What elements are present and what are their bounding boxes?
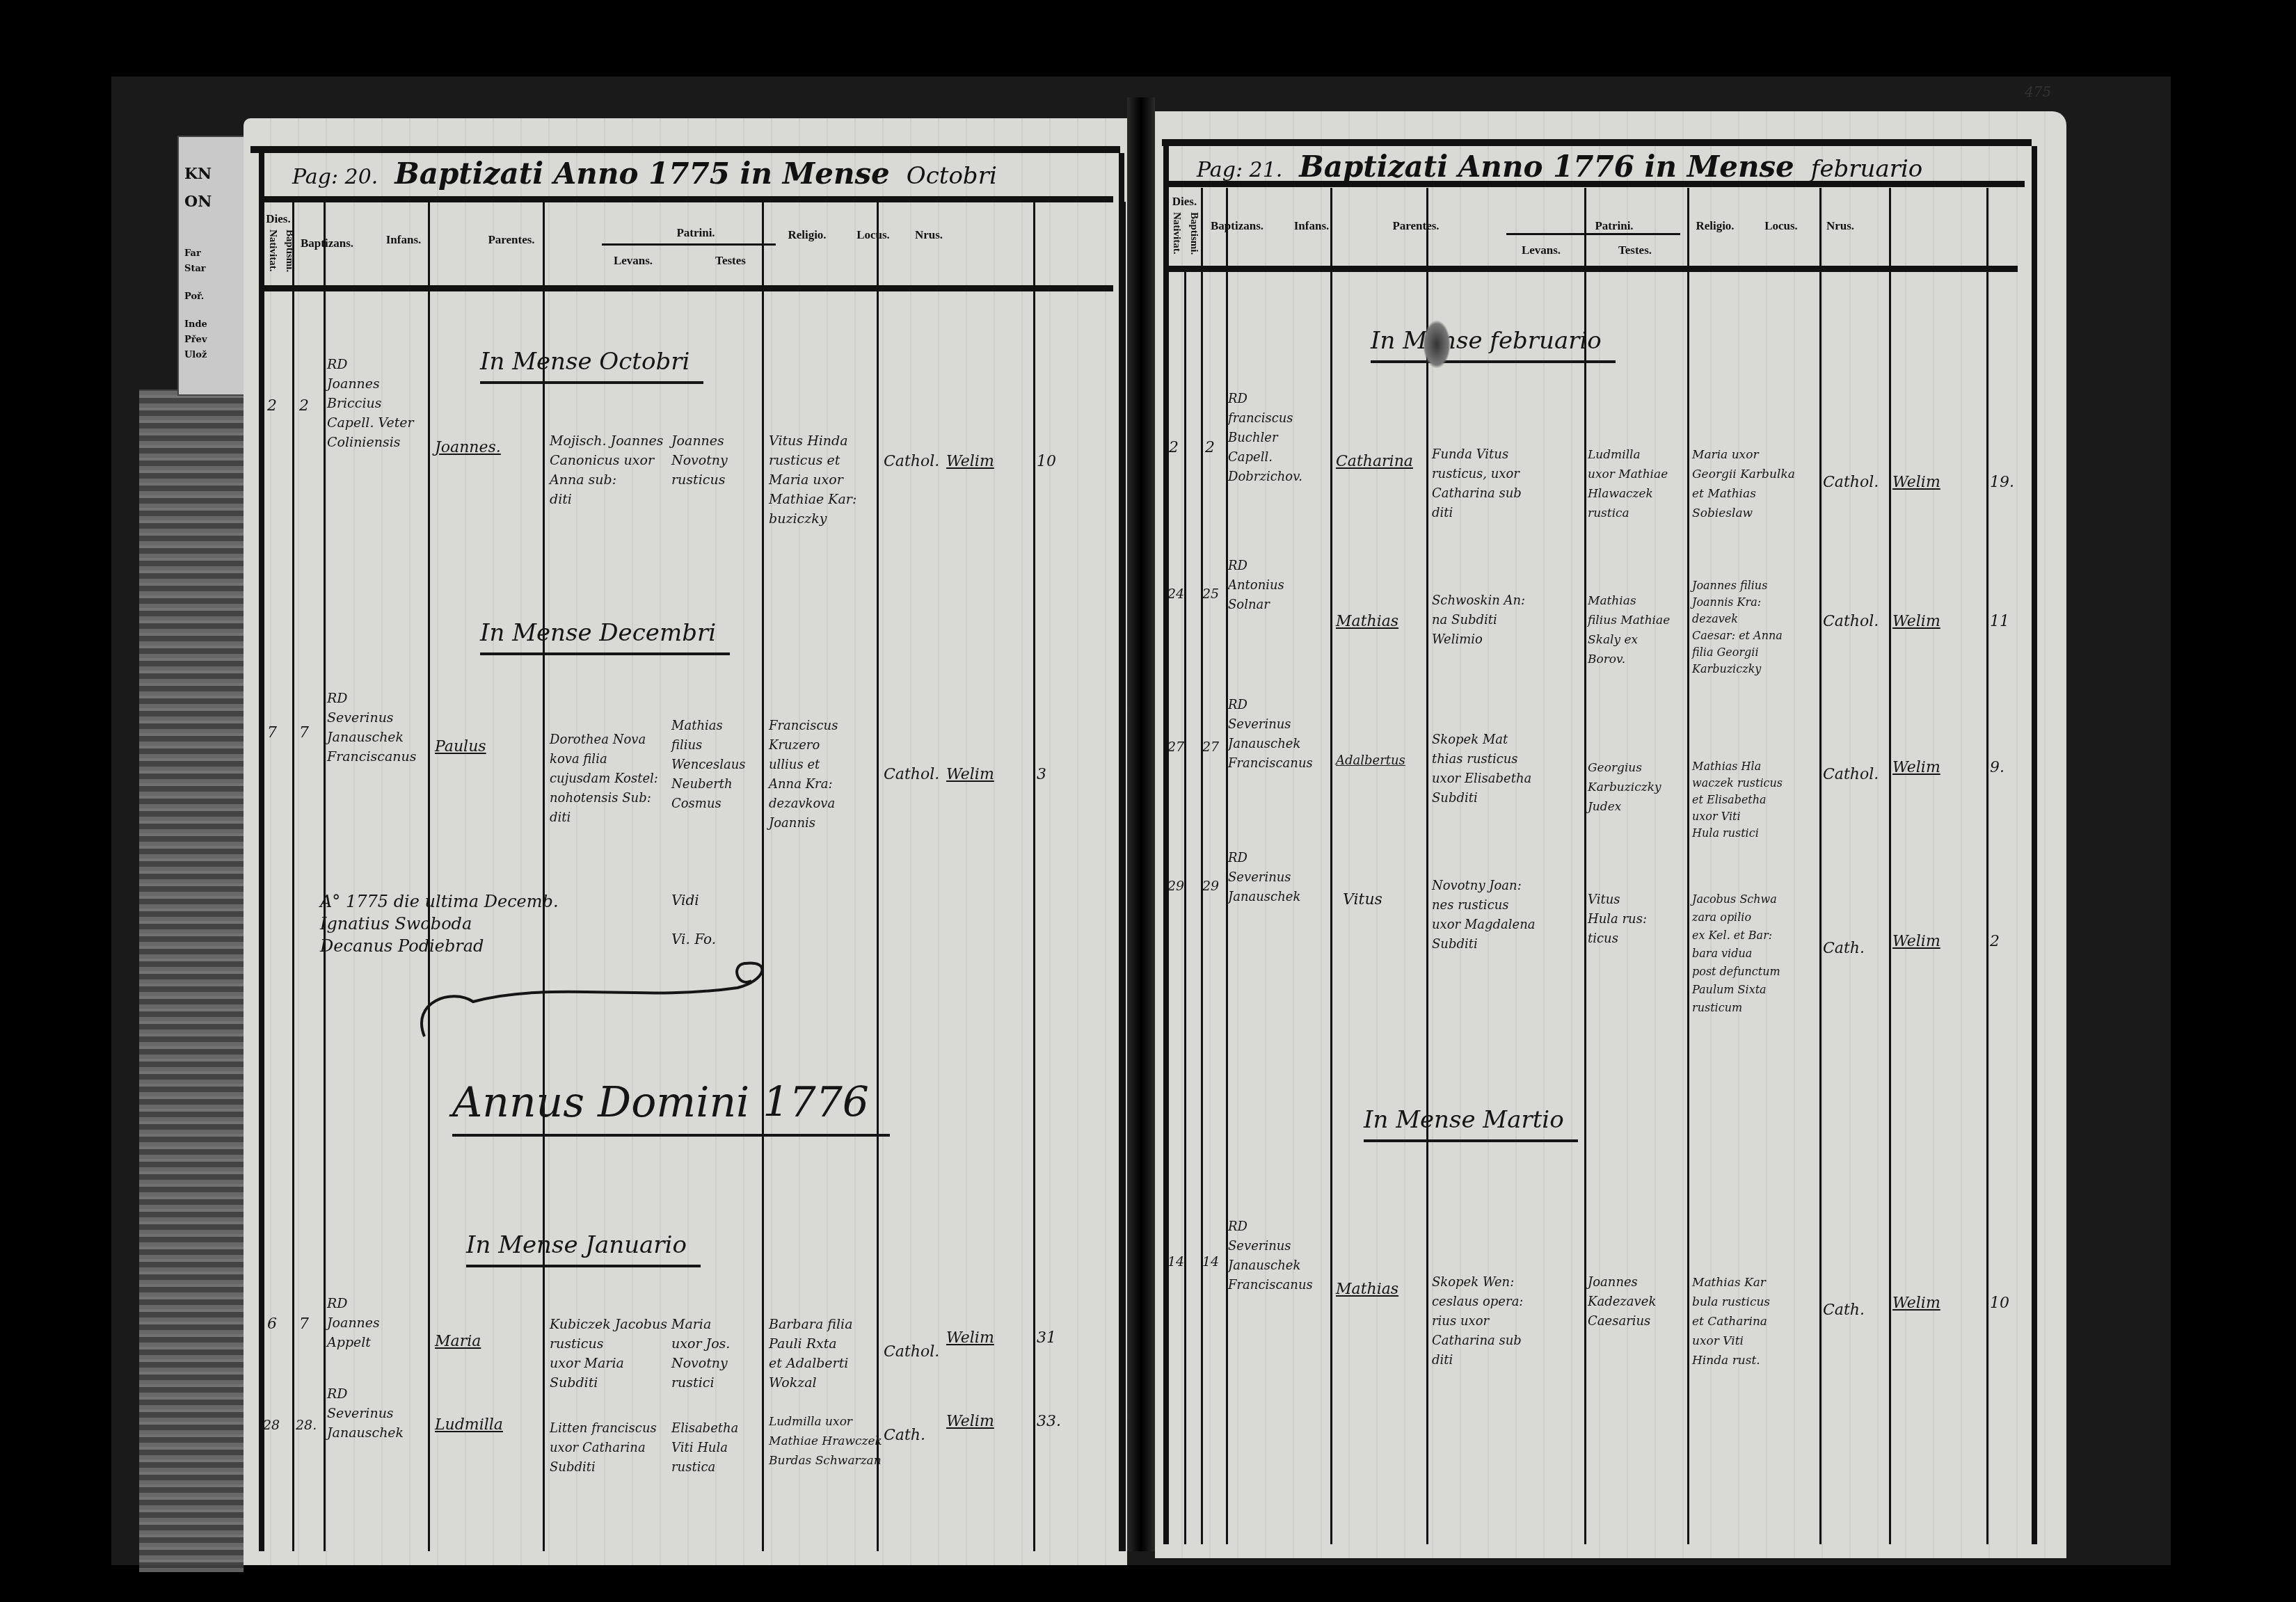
- register-title: Baptizati Anno 1775 in Mense: [394, 157, 890, 191]
- entry-nrus: 3: [1037, 765, 1046, 785]
- entry-infans: Mathias: [1336, 1280, 1398, 1299]
- section-heading-october: In Mense Octobri: [480, 348, 703, 384]
- entry-religio: Cathol.: [884, 765, 939, 785]
- header-dies: Dies.: [1169, 195, 1200, 209]
- archive-label-line: Přev: [184, 335, 207, 345]
- entry-levans: Joannes Kadezavek Caesarius: [1588, 1273, 1656, 1331]
- ink-stain: [1423, 320, 1451, 369]
- register-title: Baptizati Anno 1776 in Mense: [1299, 150, 1794, 184]
- column-rule: [1986, 188, 1988, 1544]
- entry-infans: Catharina: [1336, 452, 1413, 472]
- header-baptizans: Baptizans.: [292, 237, 362, 250]
- header-locus: Locus.: [842, 228, 904, 242]
- entry-baptismi: 14: [1202, 1252, 1219, 1272]
- month-handwritten: Octobri: [907, 162, 997, 190]
- folio-number: 475: [2025, 83, 2051, 100]
- rule: [1169, 181, 2025, 187]
- entry-locus: Welim: [946, 452, 994, 472]
- entry-testes: Ludmilla uxor Mathiae Hrawczek Burdas Sc…: [769, 1412, 882, 1471]
- archive-label-line: KN: [184, 165, 212, 183]
- entry-parentes: Funda Vitus rusticus, uxor Catharina sub…: [1432, 445, 1522, 523]
- column-rule: [1687, 188, 1689, 1544]
- entry-levans: Vitus Hula rus: ticus: [1588, 890, 1647, 949]
- entry-testes: Mathias Hla waczek rusticus et Elisabeth…: [1692, 758, 1783, 842]
- entry-levans: Georgius Karbuziczky Judex: [1588, 758, 1661, 817]
- entry-nrus: 2: [1990, 932, 2000, 952]
- archive-label-line: Ulož: [184, 350, 207, 360]
- archive-label: KN ON Far Star Poř. Inde Přev Ulož: [177, 136, 246, 396]
- column-rule: [762, 202, 764, 1551]
- entry-infans: Joannes.: [435, 438, 501, 458]
- header-dies: Dies.: [264, 212, 292, 226]
- entry-religio: Cath.: [1823, 1301, 1865, 1320]
- page-heading: Pag: 21. Baptizati Anno 1776 in Mense fe…: [1197, 150, 1922, 184]
- dean-note-vidi: Vidi Vi. Fo.: [671, 890, 716, 949]
- entry-nativitas: 2: [267, 397, 277, 416]
- column-rule: [1426, 188, 1428, 1544]
- entry-infans: Adalbertus: [1336, 751, 1405, 771]
- entry-baptizans: RD Severinus Janauschek Franciscanus: [1228, 696, 1313, 774]
- header-levans: Levans.: [598, 254, 668, 268]
- entry-locus: Welim: [1892, 612, 1940, 632]
- rule: [1162, 139, 2032, 146]
- entry-locus: Welim: [1892, 1294, 1940, 1313]
- column-rule: [1889, 188, 1891, 1544]
- column-rule: [1819, 188, 1821, 1544]
- rule: [1506, 233, 1680, 235]
- entry-locus: Welim: [946, 765, 994, 785]
- entry-nrus: 10: [1037, 452, 1056, 472]
- column-rule: [1124, 202, 1126, 1551]
- entry-religio: Cathol.: [1823, 612, 1879, 632]
- entry-nativitas: 29: [1167, 876, 1184, 896]
- entry-testes: Franciscus Kruzero ullius et Anna Kra: d…: [769, 716, 838, 833]
- entry-baptizans: RD Severinus Janauschek: [327, 1384, 404, 1443]
- page-heading: Pag: 20. Baptizati Anno 1775 in Mense Oc…: [292, 157, 997, 191]
- section-heading-march: In Mense Martio: [1364, 1106, 1578, 1142]
- entry-locus: Welim: [946, 1412, 994, 1432]
- section-heading-december: In Mense Decembri: [480, 619, 730, 655]
- book-spine: [1127, 97, 1155, 1551]
- entry-testes: Maria uxor Georgii Karbulka et Mathias S…: [1692, 445, 1795, 523]
- header-testes: Testes: [696, 254, 765, 268]
- entry-baptizans: RD Joannes Briccius Capell. Veter Colini…: [327, 355, 414, 452]
- entry-locus: Welim: [946, 1329, 994, 1348]
- entry-parentes: Skopek Wen: ceslaus opera: rius uxor Cat…: [1432, 1273, 1523, 1370]
- entry-parentes: Novotny Joan: nes rusticus uxor Magdalen…: [1432, 876, 1536, 954]
- entry-infans: Vitus: [1343, 890, 1382, 910]
- entry-nativitas: 14: [1167, 1252, 1184, 1272]
- header-patrini: Patrini.: [591, 226, 800, 240]
- header-infans: Infans.: [1273, 219, 1350, 233]
- section-heading-january: In Mense Januario: [466, 1231, 701, 1267]
- column-rule: [1584, 188, 1586, 1544]
- entry-testes: Joannes filius Joannis Kra: dezavek Caes…: [1692, 577, 1783, 678]
- right-page: 475 Pag: 21. Baptizati Anno 1776 in Mens…: [1155, 111, 2066, 1558]
- entry-nativitas: 27: [1167, 737, 1184, 757]
- entry-testes: Mathias Kar bula rusticus et Catharina u…: [1692, 1273, 1770, 1370]
- entry-locus: Welim: [1892, 932, 1940, 952]
- column-rule: [428, 202, 430, 1551]
- header-religio: Religio.: [779, 228, 835, 242]
- column-rule: [1330, 188, 1332, 1544]
- section-heading-february: In Mense februario: [1371, 327, 1616, 363]
- entry-nrus: 33.: [1037, 1412, 1061, 1432]
- entry-baptizans: RD Severinus Janauschek: [1228, 849, 1300, 907]
- entry-nativitas: 2: [1169, 438, 1179, 458]
- header-levans: Levans.: [1506, 243, 1576, 257]
- entry-baptismi: 29: [1202, 876, 1219, 896]
- entry-baptismi: 25: [1202, 584, 1219, 604]
- flourish-divider: [410, 960, 772, 1050]
- annus-domini-heading: Annus Domini 1776: [452, 1078, 890, 1137]
- column-rule: [1033, 202, 1035, 1551]
- entry-baptismi: 7: [299, 1315, 309, 1334]
- entry-levans: Joannes Novotny rusticus: [671, 431, 728, 490]
- column-rule: [877, 202, 879, 1551]
- entry-infans: Paulus: [435, 737, 486, 757]
- column-rule: [292, 202, 294, 1551]
- entry-parentes: Litten franciscus uxor Catharina Subditi: [550, 1419, 657, 1477]
- entry-levans: Elisabetha Viti Hula rustica: [671, 1419, 738, 1477]
- entry-baptismi: 2: [299, 397, 309, 416]
- archive-label-line: ON: [184, 193, 212, 211]
- entry-parentes: Dorothea Nova kova filia cujusdam Kostel…: [550, 730, 658, 828]
- entry-nrus: 19.: [1990, 473, 2014, 492]
- entry-baptismi: 28.: [296, 1416, 317, 1435]
- entry-infans: Mathias: [1336, 612, 1398, 632]
- entry-levans: Maria uxor Jos. Novotny rustici: [671, 1315, 730, 1393]
- rule: [250, 146, 1120, 153]
- header-baptismi: Baptismi.: [1188, 212, 1199, 255]
- entry-baptizans: RD Severinus Janauschek Franciscanus: [327, 689, 417, 767]
- header-religio: Religio.: [1687, 219, 1743, 233]
- entry-nrus: 9.: [1990, 758, 2004, 778]
- entry-levans: Ludmilla uxor Mathiae Hlawaczek rustica: [1588, 445, 1668, 523]
- rule: [602, 243, 776, 246]
- header-nativitat: Nativitat.: [266, 230, 278, 271]
- header-locus: Locus.: [1750, 219, 1812, 233]
- rule: [264, 196, 1113, 202]
- entry-testes: Jacobus Schwa zara opilio ex Kel. et Bar…: [1692, 890, 1780, 1017]
- entry-locus: Welim: [1892, 758, 1940, 778]
- entry-baptizans: RD Joannes Appelt: [327, 1294, 380, 1352]
- entry-baptismi: 27: [1202, 737, 1219, 757]
- header-baptizans: Baptizans.: [1202, 219, 1272, 233]
- header-parentes: Parentes.: [452, 233, 571, 247]
- entry-religio: Cathol.: [884, 452, 939, 472]
- column-rule: [1184, 271, 1186, 1544]
- entry-nrus: 31: [1037, 1329, 1056, 1348]
- entry-baptizans: RD Antonius Solnar: [1228, 556, 1284, 615]
- entry-religio: Cath.: [884, 1426, 925, 1445]
- entry-testes: Barbara filia Pauli Rxta et Adalberti Wo…: [769, 1315, 852, 1393]
- rule: [264, 285, 1113, 291]
- entry-nativitas: 24: [1167, 584, 1184, 604]
- entry-nativitas: 7: [267, 723, 277, 743]
- header-nrus: Nrus.: [1819, 219, 1861, 233]
- column-rule: [1201, 188, 1203, 1544]
- entry-nativitas: 6: [267, 1315, 277, 1334]
- header-nativitat: Nativitat.: [1170, 212, 1182, 254]
- entry-levans: Mathias filius Mathiae Skaly ex Borov.: [1588, 591, 1670, 669]
- column-rule: [324, 202, 326, 1551]
- entry-parentes: Kubiczek Jacobus rusticus uxor Maria Sub…: [550, 1315, 667, 1393]
- archive-label-line: Poř.: [184, 291, 204, 302]
- column-rule: [543, 202, 545, 1551]
- month-handwritten: februario: [1811, 155, 1923, 183]
- entry-parentes: Mojisch. Joannes Canonicus uxor Anna sub…: [550, 431, 663, 509]
- left-page: Pag: 20. Baptizati Anno 1775 in Mense Oc…: [244, 118, 1127, 1565]
- entry-levans: Mathias filius Wenceslaus Neuberth Cosmu…: [671, 716, 746, 814]
- worn-page-edge: [139, 390, 244, 1572]
- entry-religio: Cathol.: [1823, 473, 1879, 492]
- entry-nativitas: 28: [263, 1416, 280, 1435]
- entry-nrus: 10: [1990, 1294, 2009, 1313]
- header-nrus: Nrus.: [908, 228, 950, 242]
- entry-baptismi: 2: [1205, 438, 1215, 458]
- archive-label-line: Inde: [184, 319, 207, 330]
- page-number: Pag: 20.: [292, 165, 378, 189]
- entry-religio: Cathol.: [1823, 765, 1879, 785]
- page-number: Pag: 21.: [1197, 158, 1282, 182]
- archive-label-line: Far: [184, 248, 201, 259]
- entry-baptizans: RD Severinus Janauschek Franciscanus: [1228, 1217, 1313, 1295]
- archive-label-line: Star: [184, 264, 206, 274]
- dean-note: A° 1775 die ultima Decemb. Ignatius Swob…: [320, 890, 559, 957]
- entry-religio: Cathol.: [884, 1343, 939, 1362]
- entry-nrus: 11: [1990, 612, 2009, 632]
- entry-testes: Vitus Hinda rusticus et Maria uxor Mathi…: [769, 431, 856, 529]
- entry-locus: Welim: [1892, 473, 1940, 492]
- entry-baptismi: 7: [299, 723, 309, 743]
- entry-infans: Ludmilla: [435, 1416, 503, 1435]
- entry-parentes: Schwoskin An: na Subditi Welimio: [1432, 591, 1525, 650]
- header-parentes: Parentes.: [1357, 219, 1475, 233]
- entry-infans: Maria: [435, 1332, 481, 1352]
- entry-baptizans: RD franciscus Buchler Capell. Dobrzichov…: [1228, 390, 1302, 487]
- header-testes: Testes.: [1600, 243, 1670, 257]
- entry-religio: Cath.: [1823, 939, 1865, 959]
- entry-parentes: Skopek Mat thias rusticus uxor Elisabeth…: [1432, 730, 1531, 808]
